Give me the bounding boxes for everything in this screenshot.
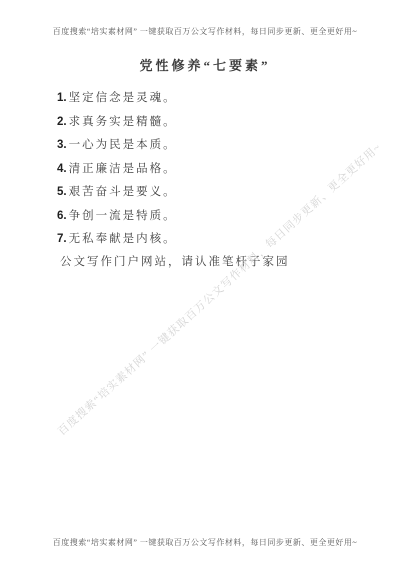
list-item: 2.求真务实是精髓。 bbox=[57, 111, 390, 135]
list-item-text: 争创一流是特质。 bbox=[69, 210, 177, 222]
page-title: 党性修养“七要素” bbox=[0, 55, 410, 74]
list-item-text: 一心为民是本质。 bbox=[69, 139, 177, 151]
bottom-promo-note: 百度搜索“培实素材网” 一键获取百万公文写作材料，每日同步更新、更全更好用~ bbox=[0, 537, 410, 548]
list-item: 4.清正廉洁是品格。 bbox=[57, 158, 390, 182]
list-item-text: 无私奉献是内核。 bbox=[69, 233, 177, 245]
list-item: 6.争创一流是特质。 bbox=[57, 205, 390, 229]
list-item-text: 坚定信念是灵魂。 bbox=[69, 92, 177, 104]
list-item-text: 艰苦奋斗是要义。 bbox=[69, 186, 177, 198]
list-item: 3.一心为民是本质。 bbox=[57, 134, 390, 158]
list-item-number: 2. bbox=[57, 116, 67, 128]
list-item-number: 4. bbox=[57, 163, 67, 175]
list-item-number: 6. bbox=[57, 210, 67, 222]
list-item: 5.艰苦奋斗是要义。 bbox=[57, 181, 390, 205]
list-item: 1.坚定信念是灵魂。 bbox=[57, 87, 390, 111]
header-promo-note: 百度搜索“培实素材网” 一键获取百万公文写作材料，每日同步更新、更全更好用~ bbox=[0, 26, 410, 37]
list-item-number: 7. bbox=[57, 233, 67, 245]
footer-promo-line: 公文写作门户网站，请认准笔杆子家园 bbox=[60, 253, 290, 271]
numbered-list: 1.坚定信念是灵魂。 2.求真务实是精髓。 3.一心为民是本质。 4.清正廉洁是… bbox=[57, 87, 390, 252]
list-item-number: 5. bbox=[57, 186, 67, 198]
list-item-text: 求真务实是精髓。 bbox=[69, 116, 177, 128]
document-page: 百度搜索“培实素材网” 一键获取百万公文写作材料，每日同步更新、更全更好用~ 党… bbox=[0, 0, 410, 580]
list-item-number: 1. bbox=[57, 92, 67, 104]
list-item-text: 清正廉洁是品格。 bbox=[69, 163, 177, 175]
list-item: 7.无私奉献是内核。 bbox=[57, 228, 390, 252]
list-item-number: 3. bbox=[57, 139, 67, 151]
